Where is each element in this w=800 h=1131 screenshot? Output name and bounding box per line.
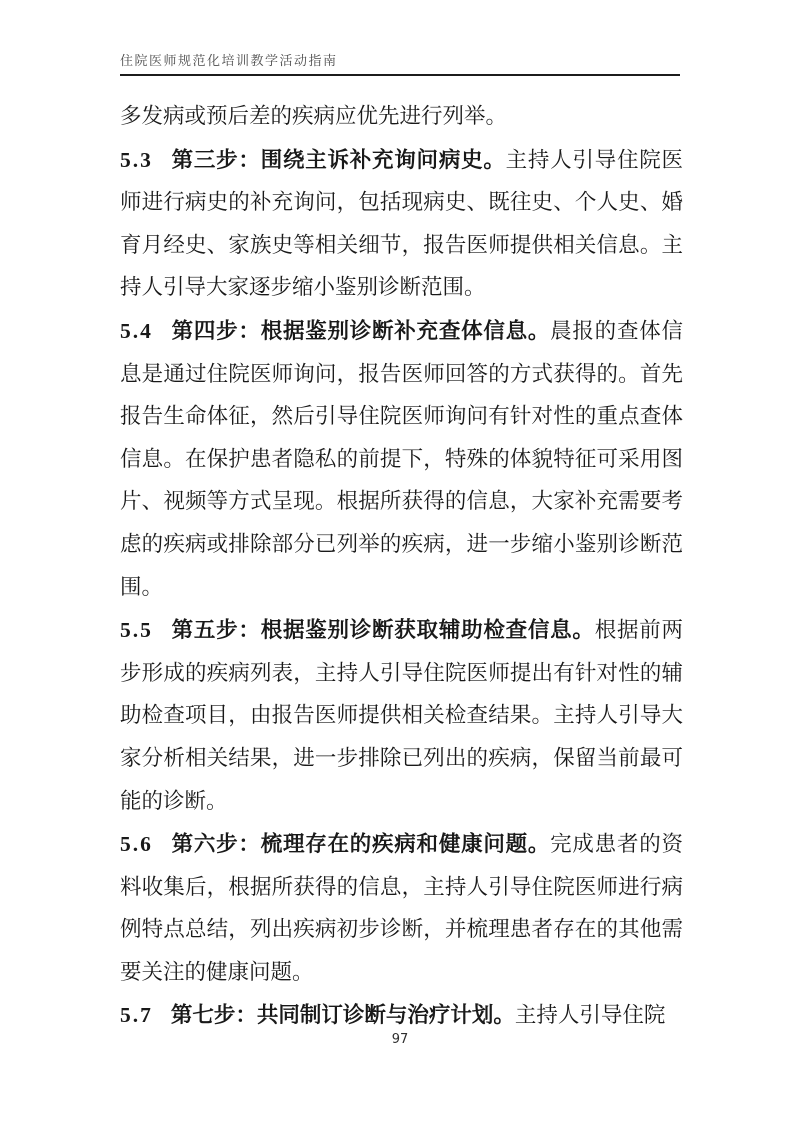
header-rule (120, 74, 680, 76)
section-number: 5.5 (120, 618, 153, 642)
section-heading: 第四步：根据鉴别诊断补充查体信息。 (171, 319, 550, 344)
section-number: 5.6 (120, 832, 153, 856)
running-header-title: 住院医师规范化培训教学活动指南 (120, 50, 680, 69)
section-number: 5.7 (120, 1003, 153, 1027)
section-paragraph-5-4: 5.4第四步：根据鉴别诊断补充查体信息。晨报的查体信息是通过住院医师询问，报告医… (120, 310, 683, 609)
section-heading: 第七步：共同制订诊断与治疗计划。 (171, 1003, 515, 1028)
section-paragraph-5-5: 5.5第五步：根据鉴别诊断获取辅助检查信息。根据前两步形成的疾病列表，主持人引导… (120, 609, 683, 823)
document-page: 住院医师规范化培训教学活动指南 多发病或预后差的疾病应优先进行列举。 5.3第三… (0, 0, 800, 1131)
section-body: 晨报的查体信息是通过住院医师询问，报告医师回答的方式获得的。首先报告生命体征，然… (120, 319, 683, 600)
section-heading: 第五步：根据鉴别诊断获取辅助检查信息。 (171, 618, 595, 643)
paragraph-continuation-text: 多发病或预后差的疾病应优先进行列举。 (120, 104, 507, 129)
section-body: 根据前两步形成的疾病列表，主持人引导住院医师提出有针对性的辅助检查项目，由报告医… (120, 618, 683, 813)
section-heading: 第六步：梳理存在的疾病和健康问题。 (171, 832, 550, 857)
paragraph-continuation: 多发病或预后差的疾病应优先进行列举。 (120, 96, 683, 139)
section-number: 5.3 (120, 148, 153, 172)
section-paragraph-5-3: 5.3第三步：围绕主诉补充询问病史。主持人引导住院医师进行病史的补充询问，包括现… (120, 139, 683, 310)
body-text-block: 多发病或预后差的疾病应优先进行列举。 5.3第三步：围绕主诉补充询问病史。主持人… (120, 96, 683, 1038)
section-paragraph-5-6: 5.6第六步：梳理存在的疾病和健康问题。完成患者的资料收集后，根据所获得的信息，… (120, 823, 683, 994)
section-body: 主持人引导住院 (515, 1003, 666, 1028)
page-number: 97 (0, 1032, 800, 1047)
section-heading: 第三步：围绕主诉补充询问病史。 (171, 148, 506, 173)
section-number: 5.4 (120, 319, 153, 343)
